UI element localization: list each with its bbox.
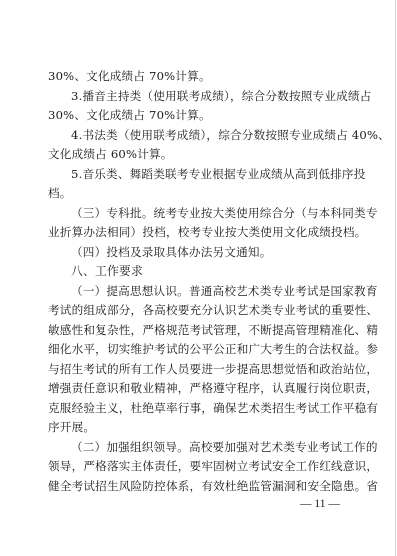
- text-line-item-3: 3.播音主持类（使用联考成绩），综合分数按照专业成绩占: [48, 87, 348, 107]
- text-line: 增强责任意识和敬业精神，严格遵守程序，认真履行岗位职责，: [48, 379, 348, 399]
- text-line-requirement-2: （二）加强组织领导。高校要加强对艺术类专业考试工作的: [48, 438, 348, 458]
- text-line: 30%、文化成绩占 70%计算。: [48, 106, 348, 126]
- text-line: 30%、文化成绩占 70%计算。: [48, 67, 348, 87]
- text-line: 克服经验主义，杜绝草率行事，确保艺术类招生考试工作平稳有: [48, 399, 348, 419]
- text-line: 领导，严格落实主体责任，要牢固树立考试安全工作红线意识，: [48, 457, 348, 477]
- text-line: 考试的组成部分，各高校要充分认识艺术类专业考试的重要性、: [48, 301, 348, 321]
- text-line: 文化成绩占 60%计算。: [48, 145, 348, 165]
- text-line: 档。: [48, 184, 348, 204]
- text-line: 序开展。: [48, 418, 348, 438]
- text-line-item-5: 5.音乐类、舞蹈类联考专业根据专业成绩从高到低排序投: [48, 165, 348, 185]
- text-line-requirement-1: （一）提高思想认识。普通高校艺术类专业考试是国家教育: [48, 282, 348, 302]
- text-line: 细化水平，切实维护考试的公平公正和广大考生的合法权益。参: [48, 340, 348, 360]
- page-number: — 11 —: [300, 496, 340, 512]
- text-line-item-4: 4.书法类（使用联考成绩），综合分数按照专业成绩占 40%、: [48, 126, 348, 146]
- text-line: 与招生考试的所有工作人员要进一步提高思想觉悟和政治站位，: [48, 360, 348, 380]
- document-page-body: 30%、文化成绩占 70%计算。 3.播音主持类（使用联考成绩），综合分数按照专…: [48, 67, 348, 496]
- text-line-section-4: （四）投档及录取具体办法另文通知。: [48, 243, 348, 263]
- section-heading-work-requirements: 八、工作要求: [48, 262, 348, 282]
- text-line-section-3: （三）专科批。统考专业按大类使用综合分（与本科同类专: [48, 204, 348, 224]
- page-edge-divider: [395, 0, 396, 556]
- text-line: 敏感性和复杂性，严格规范考试管理，不断提高管理精准化、精: [48, 321, 348, 341]
- text-line: 健全考试招生风险防控体系，有效杜绝监管漏洞和安全隐患。省: [48, 477, 348, 497]
- text-line: 业折算办法相同）投档，校考专业按大类使用文化成绩投档。: [48, 223, 348, 243]
